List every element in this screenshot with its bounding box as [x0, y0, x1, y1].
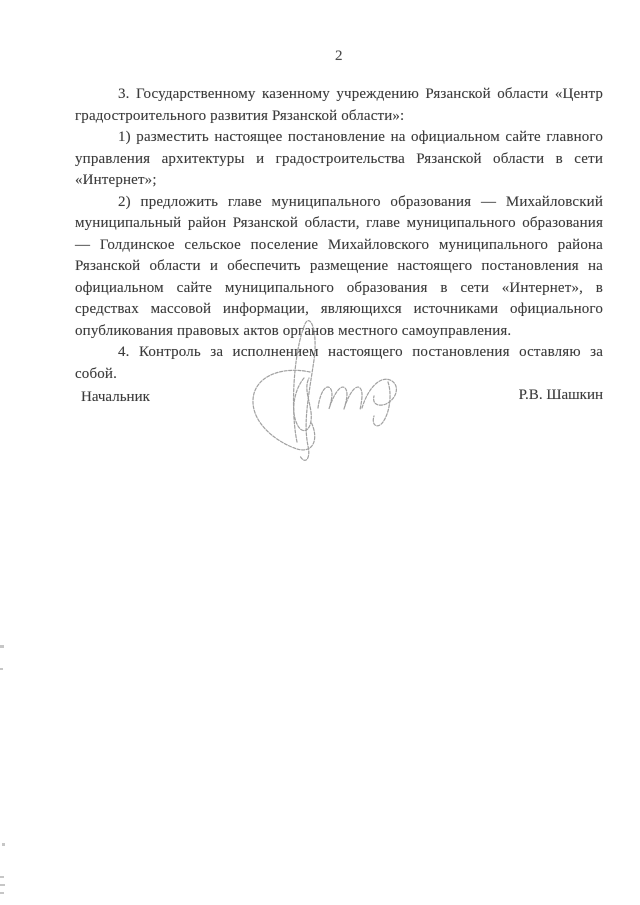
scan-artifact: [2, 843, 5, 846]
scan-artifact: [0, 876, 4, 878]
signoff-title: Начальник: [81, 389, 150, 406]
signoff-name: Р.В. Шашкин: [519, 387, 603, 404]
scan-artifact: [0, 892, 4, 894]
scan-artifact: [0, 645, 4, 648]
signoff-row: Начальник Р.В. Шашкин: [75, 387, 603, 409]
paragraph-subitem-1: 1) разместить настоящее постановление на…: [75, 127, 603, 192]
page-number: 2: [75, 48, 603, 65]
scan-artifact: [0, 884, 5, 886]
paragraph-item-3: 3. Государственному казенному учреждению…: [75, 84, 603, 127]
scanned-document-page: 2 3. Государственному казенному учрежден…: [0, 0, 640, 905]
scan-artifact: [0, 668, 3, 670]
